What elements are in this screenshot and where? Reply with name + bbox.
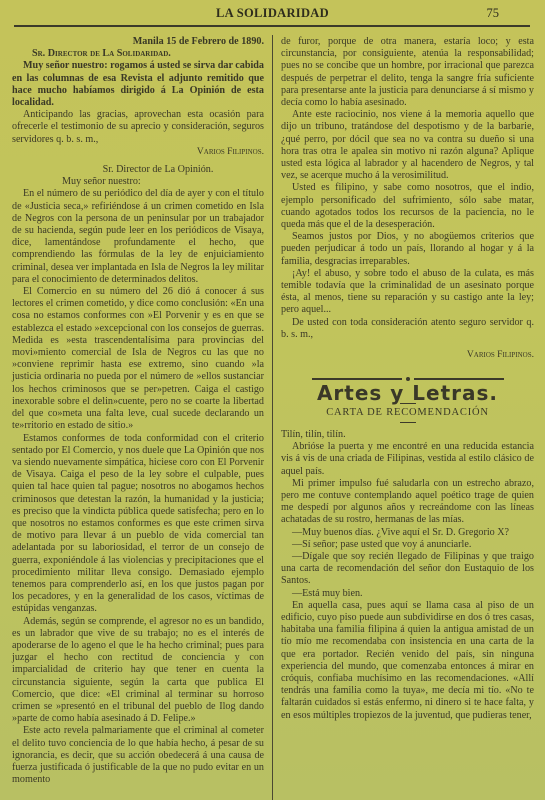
letter-address: Sr. Director de La Solidaridad. <box>12 48 264 60</box>
page-header: LA SOLIDARIDAD 75 <box>0 0 545 24</box>
dateline: Manila 15 de Febrero de 1890. <box>12 36 264 48</box>
paragraph: Mi primer impulso fué saludarla con un e… <box>281 478 534 527</box>
right-column: de furor, porque de otra manera, estaría… <box>281 36 534 722</box>
paragraph: Además, según se comprende, el agresor n… <box>12 616 264 726</box>
paragraph: ¡Ay! el abuso, y sobre todo el abuso de … <box>281 268 534 317</box>
paragraph: Usted es filipino, y sabe como nosotros,… <box>281 182 534 231</box>
paragraph: —Sí señor; pase usted que voy á anunciar… <box>281 539 534 551</box>
page-number: 75 <box>487 6 500 21</box>
paragraph: En aquella casa, pues aquí se llama casa… <box>281 600 534 722</box>
paragraph: —Está muy bien. <box>281 588 534 600</box>
paragraph: Anticipando las gracias, aprovechan esta… <box>12 109 264 146</box>
paragraph: Ante este raciocinio, nos viene á la mem… <box>281 109 534 182</box>
paragraph: Muy señor nuestro: rogamos á usted se si… <box>12 60 264 109</box>
paragraph: Abrióse la puerta y me encontré en una r… <box>281 441 534 478</box>
left-column: Manila 15 de Febrero de 1890. Sr. Direct… <box>12 36 264 786</box>
paragraph: Tilín, tilín, tilín. <box>281 429 534 441</box>
header-rule <box>14 25 530 27</box>
paragraph: Estamos conformes de toda conformidad co… <box>12 433 264 616</box>
signature: Varios Filipinos. <box>281 349 534 361</box>
article-title: CARTA DE RECOMENDACIÓN <box>281 407 534 419</box>
paragraph: De usted con toda consideración atento s… <box>281 317 534 341</box>
letter-address: Sr. Director de La Opinión. <box>12 164 264 176</box>
paragraph: —Dígale que soy recién llegado de Filipi… <box>281 551 534 588</box>
paragraph: El Comercio en su número del 26 dió á co… <box>12 286 264 432</box>
paragraph: de furor, porque de otra manera, estaría… <box>281 36 534 109</box>
short-rule <box>400 422 416 423</box>
signature: Varios Filipinos. <box>12 146 264 158</box>
column-divider <box>272 35 273 800</box>
section-title: Artes y Letras. <box>281 387 534 399</box>
publication-title: LA SOLIDARIDAD <box>0 6 545 21</box>
paragraph: En el número de su periódico del día de … <box>12 188 264 286</box>
paragraph: Seamos justos por Dios, y no abogüemos c… <box>281 231 534 268</box>
paragraph: Este acto revela palmariamente que el cr… <box>12 725 264 786</box>
paragraph: —Muy buenos días. ¿Vive aquí el Sr. D. G… <box>281 527 534 539</box>
salutation: Muy señor nuestro: <box>12 176 264 188</box>
